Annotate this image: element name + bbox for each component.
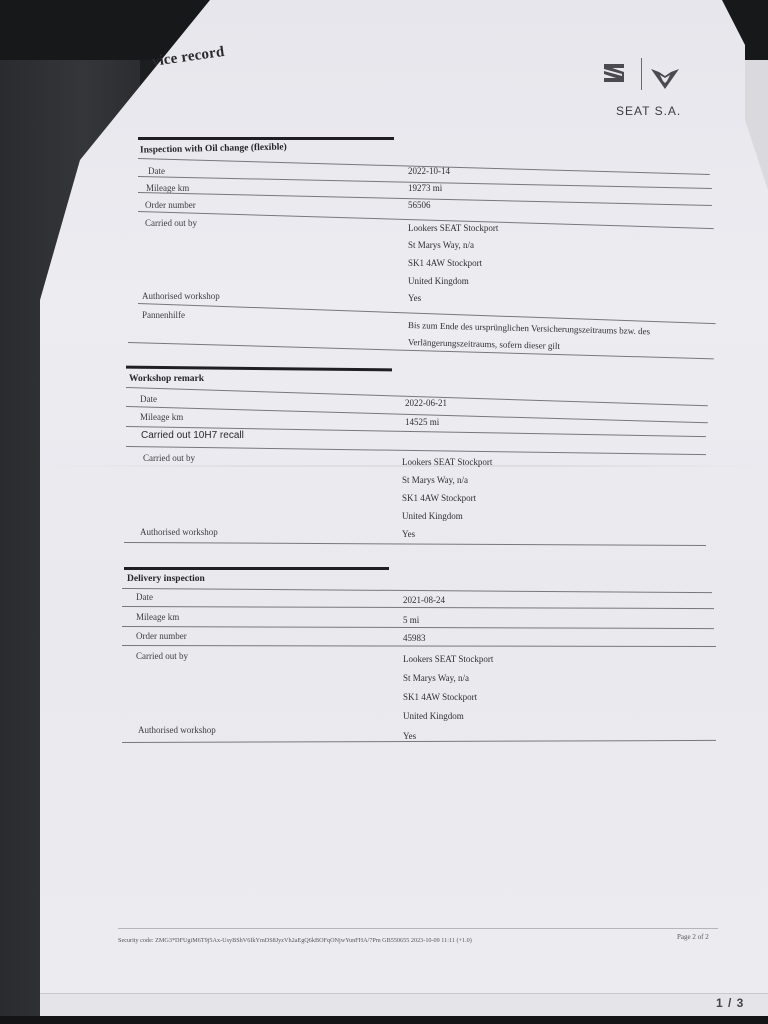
value-authorised-workshop: Yes (408, 293, 421, 303)
label-authorised-workshop: Authorised workshop (138, 725, 216, 735)
label-carried-out-by: Carried out by (145, 218, 197, 228)
value-postcode-city: SK1 4AW Stockport (402, 493, 476, 503)
value-street: St Marys Way, n/a (408, 240, 474, 250)
value-authorised-workshop: Yes (402, 529, 415, 539)
value-workshop-name: Lookers SEAT Stockport (402, 457, 492, 467)
value-date: 2022-06-21 (405, 398, 447, 408)
value-street: St Marys Way, n/a (403, 673, 469, 683)
security-code: Security code: ZMG3*DFUgiM6T9j5Ax-UsyBSh… (118, 937, 472, 944)
background-bottom (0, 1016, 768, 1024)
value-country: United Kingdom (408, 276, 469, 286)
seat-logo-icon (602, 62, 626, 84)
section-rule (138, 137, 394, 140)
brand-name: SEAT S.A. (616, 104, 681, 118)
value-order-number: 56506 (408, 200, 431, 210)
label-authorised-workshop: Authorised workshop (142, 291, 220, 301)
section-rule (124, 567, 389, 570)
value-country: United Kingdom (402, 511, 463, 521)
footer-divider (118, 928, 718, 929)
label-date: Date (140, 394, 157, 404)
label-mileage: Mileage km (140, 412, 183, 422)
section-heading-delivery-inspection: Delivery inspection (127, 574, 205, 584)
label-pannenhilfe: Pannenhilfe (142, 310, 185, 320)
value-date: 2021-08-24 (403, 595, 445, 605)
label-date: Date (148, 166, 165, 176)
value-authorised-workshop: Yes (403, 731, 416, 741)
value-country: United Kingdom (403, 711, 464, 721)
label-carried-out-by: Carried out by (143, 453, 195, 463)
value-postcode-city: SK1 4AW Stockport (403, 692, 477, 702)
label-mileage: Mileage km (136, 612, 179, 622)
value-street: St Marys Way, n/a (402, 475, 468, 485)
label-authorised-workshop: Authorised workshop (140, 527, 218, 537)
label-order-number: Order number (136, 631, 187, 641)
value-workshop-name: Lookers SEAT Stockport (408, 223, 498, 233)
cupra-logo-icon (650, 66, 680, 90)
value-workshop-name: Lookers SEAT Stockport (403, 654, 493, 664)
next-page-edge (40, 993, 768, 1017)
logo-divider (641, 58, 642, 90)
section-heading-workshop-remark: Workshop remark (129, 374, 204, 384)
value-mileage: 14525 mi (405, 417, 439, 427)
value-date: 2022-10-14 (408, 166, 450, 176)
value-mileage: 5 mi (403, 615, 419, 625)
label-carried-out-by: Carried out by (136, 651, 188, 661)
label-order-number: Order number (145, 200, 196, 210)
page-number: Page 2 of 2 (677, 933, 709, 941)
label-date: Date (136, 592, 153, 602)
value-mileage: 19273 mi (408, 183, 442, 193)
page-indicator[interactable]: 1 / 3 (716, 996, 744, 1010)
value-order-number: 45983 (403, 633, 426, 643)
remark-recall: Carried out 10H7 recall (141, 430, 244, 441)
value-postcode-city: SK1 4AW Stockport (408, 258, 482, 268)
